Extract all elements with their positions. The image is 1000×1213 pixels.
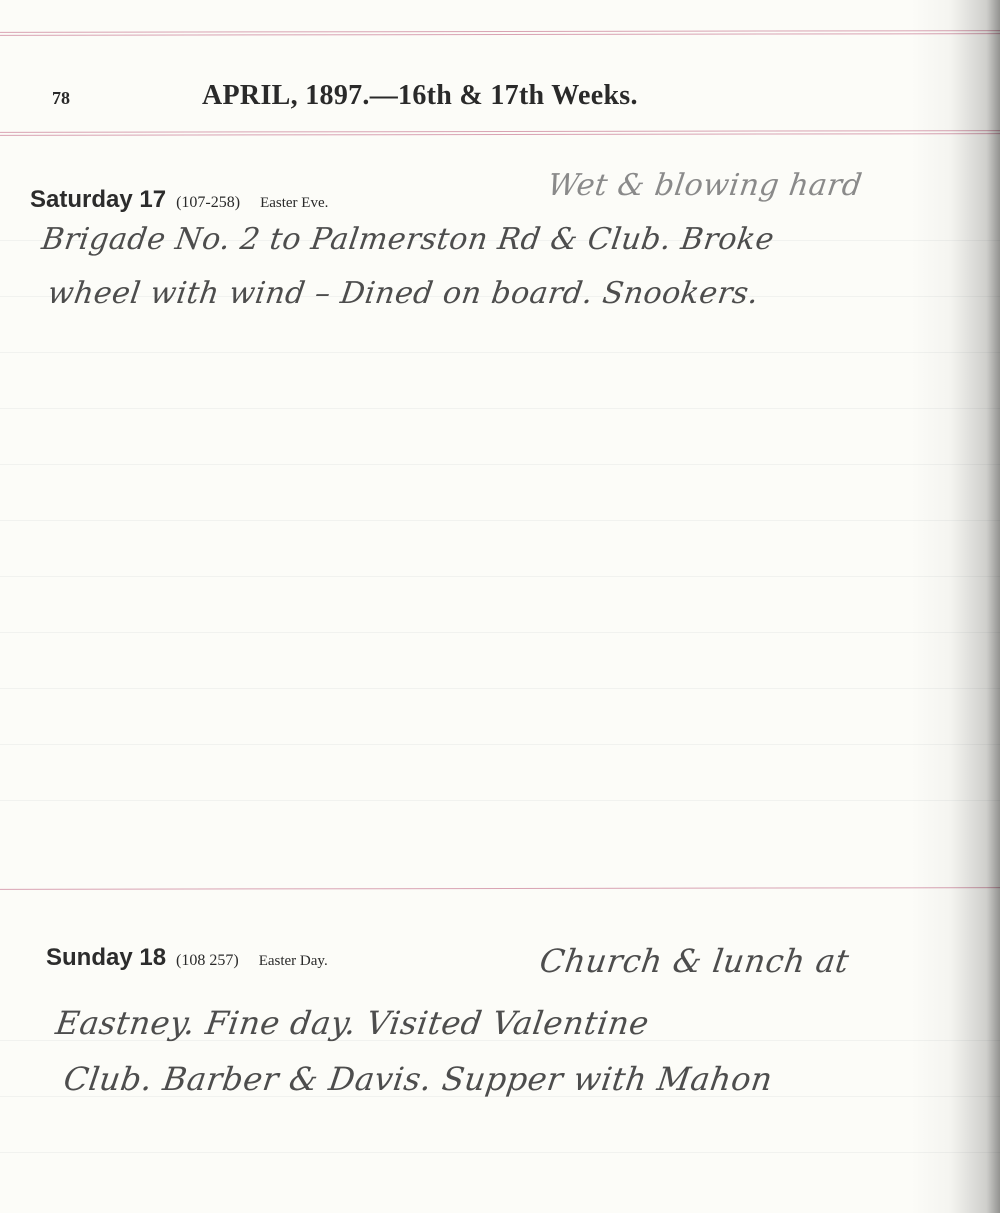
ruled-line <box>0 1152 1000 1153</box>
handwritten-line: wheel with wind – Dined on board. Snooke… <box>46 276 761 311</box>
entry-saturday-header: Saturday 17 (107-258) Easter Eve. <box>30 186 328 214</box>
ruled-line <box>0 576 1000 577</box>
handwritten-line: Wet & blowing hard <box>546 168 865 203</box>
ruled-line <box>0 352 1000 353</box>
handwritten-line: Brigade No. 2 to Palmerston Rd & Club. B… <box>40 222 777 257</box>
handwritten-line: Church & lunch at <box>537 942 851 980</box>
ruled-line <box>0 688 1000 689</box>
ruled-line <box>0 800 1000 801</box>
diary-page: 78 APRIL, 1897.—16th & 17th Weeks. Satur… <box>0 0 1000 1213</box>
feast-label: Easter Eve. <box>260 195 328 211</box>
handwritten-line: Club. Barber & Davis. Supper with Mahon <box>61 1060 775 1098</box>
header-red-rule <box>0 133 1000 136</box>
binding-shadow <box>910 0 1000 1213</box>
day-label: Saturday 17 <box>30 186 166 213</box>
ruled-line <box>0 744 1000 745</box>
entry-sunday-header: Sunday 18 (108 257) Easter Day. <box>46 944 328 972</box>
page-number: 78 <box>52 88 70 109</box>
ruled-line <box>0 464 1000 465</box>
day-numbers: (108 257) <box>176 952 239 969</box>
feast-label: Easter Day. <box>259 953 328 969</box>
day-divider-red-rule <box>0 887 1000 890</box>
top-red-rule <box>0 33 1000 36</box>
handwritten-line: Eastney. Fine day. Visited Valentine <box>53 1004 651 1042</box>
day-label: Sunday 18 <box>46 944 166 971</box>
page-title: APRIL, 1897.—16th & 17th Weeks. <box>202 80 638 112</box>
day-numbers: (107-258) <box>176 194 240 211</box>
ruled-line <box>0 520 1000 521</box>
ruled-line <box>0 408 1000 409</box>
ruled-line <box>0 632 1000 633</box>
